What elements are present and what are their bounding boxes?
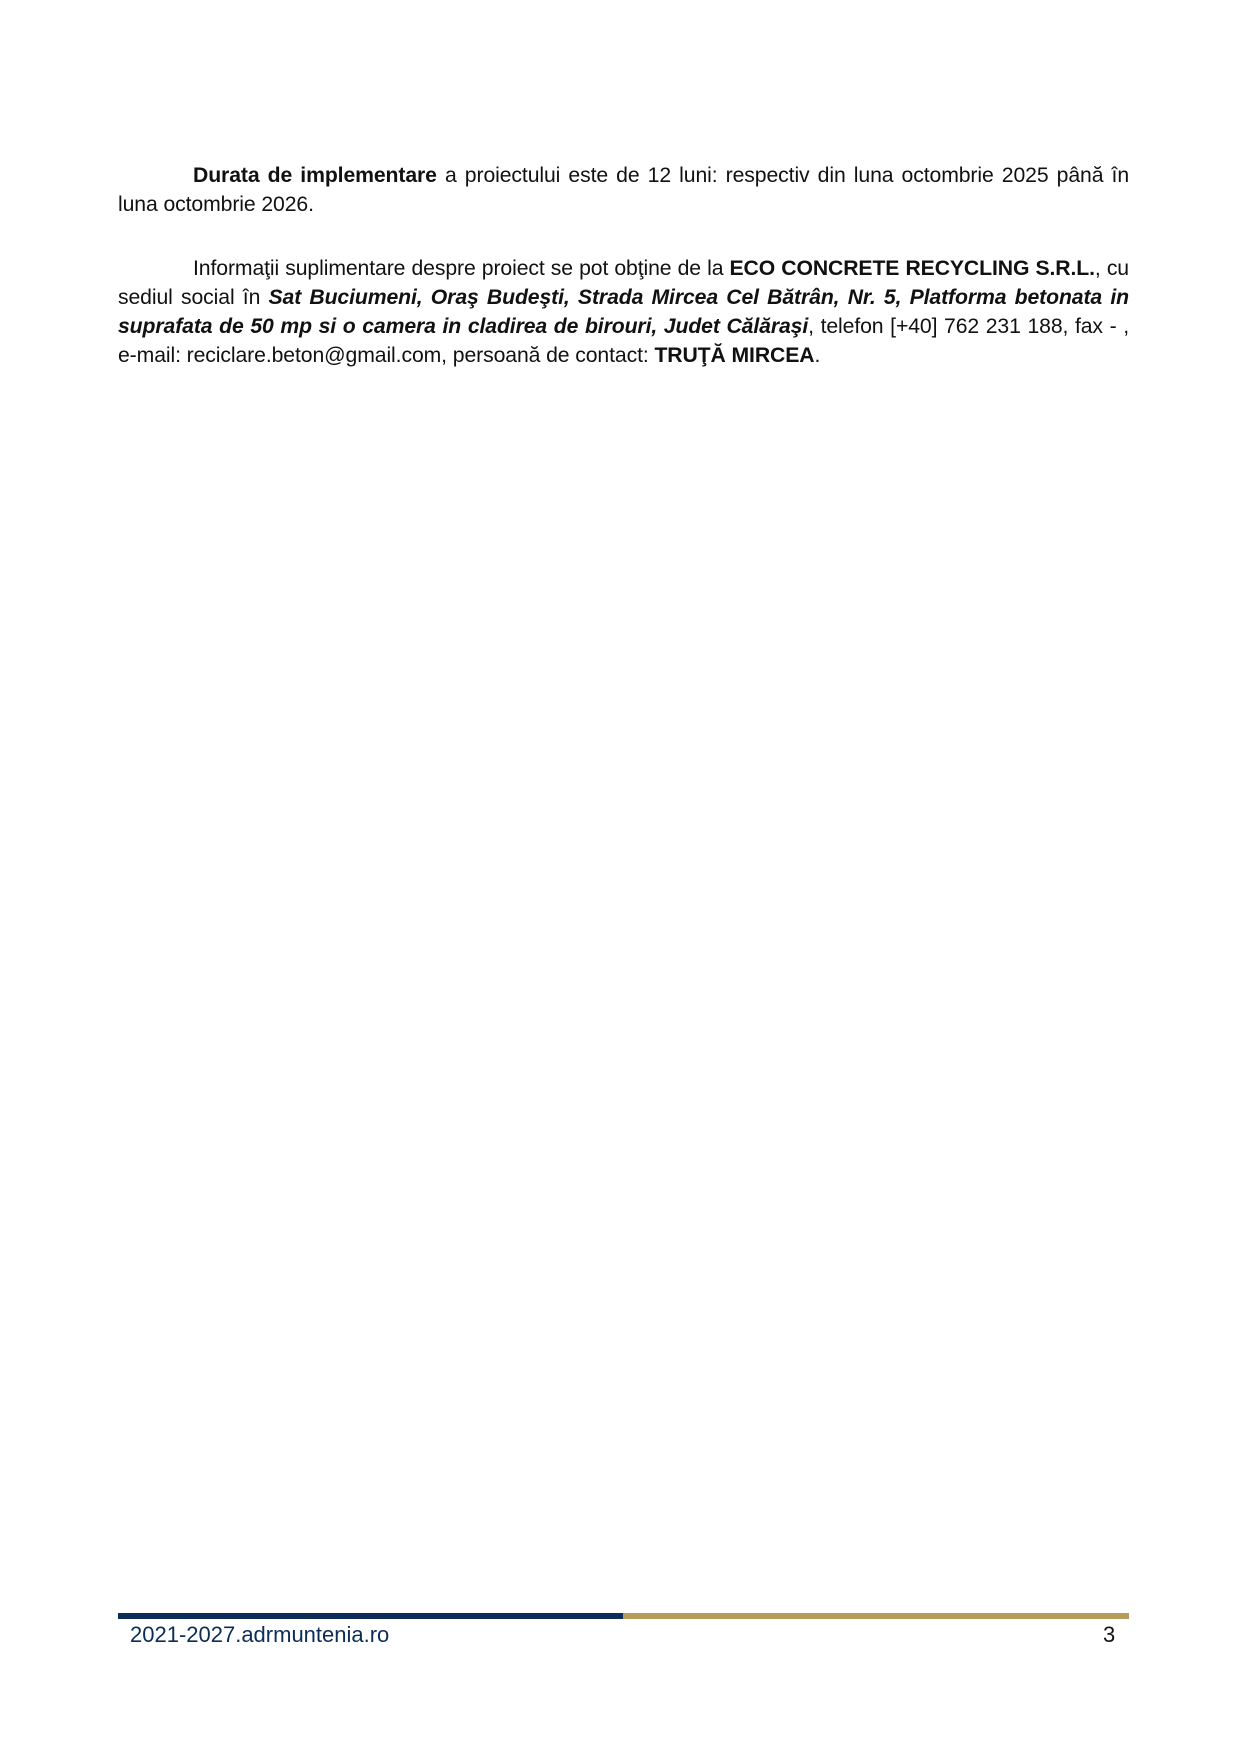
company-name: ECO CONCRETE RECYCLING S.R.L. [730,257,1095,280]
page-number: 3 [1103,1622,1115,1648]
paragraph-end: . [814,344,820,367]
contact-person: TRUŢĂ MIRCEA [654,344,814,367]
implementation-duration-paragraph: Durata de implementare a proiectului est… [118,161,1129,219]
contact-info-paragraph: Informaţii suplimentare despre proiect s… [118,254,1129,370]
footer-divider-navy [118,1613,623,1619]
info-intro: Informaţii suplimentare despre proiect s… [193,257,730,280]
footer-divider-gold [623,1613,1129,1619]
footer-divider [118,1613,1129,1619]
document-page: Durata de implementare a proiectului est… [0,0,1241,1755]
footer-website: 2021-2027.adrmuntenia.ro [130,1622,389,1648]
duration-label: Durata de implementare [193,164,437,187]
